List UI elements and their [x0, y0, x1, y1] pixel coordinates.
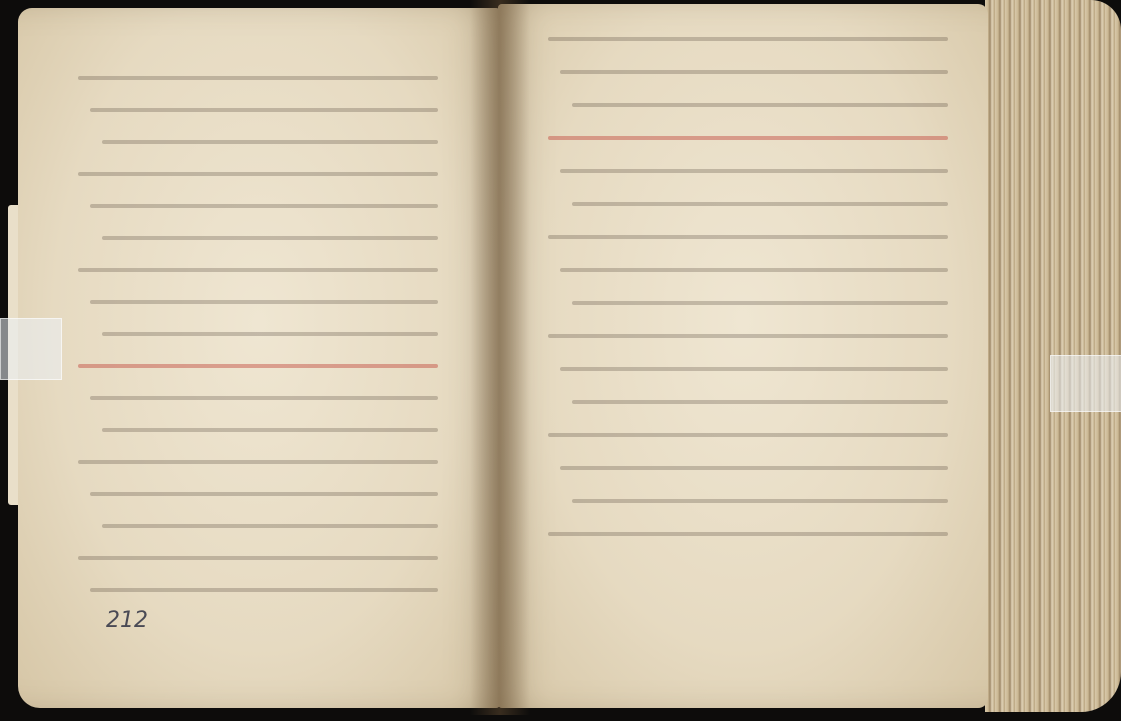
manuscript-line — [548, 24, 948, 54]
manuscript-line — [78, 543, 438, 573]
right-page — [498, 4, 988, 708]
manuscript-line — [78, 63, 438, 93]
manuscript-line — [78, 575, 438, 605]
manuscript-line — [78, 319, 438, 349]
manuscript-line — [548, 222, 948, 252]
manuscript-line — [548, 288, 948, 318]
manuscript-line — [548, 420, 948, 450]
manuscript-line — [548, 123, 948, 153]
right-plastic-clip — [1050, 355, 1121, 412]
manuscript-line — [548, 486, 948, 516]
manuscript-photo: 212 — [0, 0, 1121, 721]
manuscript-line — [548, 354, 948, 384]
manuscript-line — [78, 479, 438, 509]
manuscript-line — [548, 321, 948, 351]
left-page: 212 — [18, 8, 500, 708]
folio-number: 212 — [106, 608, 148, 633]
manuscript-line — [548, 189, 948, 219]
manuscript-line — [78, 95, 438, 125]
manuscript-line — [78, 383, 438, 413]
manuscript-line — [548, 453, 948, 483]
manuscript-line — [78, 127, 438, 157]
manuscript-line — [78, 351, 438, 381]
manuscript-line — [548, 387, 948, 417]
manuscript-line — [78, 223, 438, 253]
manuscript-line — [78, 511, 438, 541]
manuscript-line — [78, 159, 438, 189]
manuscript-line — [548, 519, 948, 549]
manuscript-line — [548, 156, 948, 186]
manuscript-line — [78, 255, 438, 285]
manuscript-line — [548, 90, 948, 120]
book-gutter — [470, 0, 530, 715]
manuscript-line — [548, 57, 948, 87]
manuscript-line — [78, 447, 438, 477]
manuscript-line — [548, 255, 948, 285]
manuscript-line — [78, 191, 438, 221]
manuscript-line — [78, 415, 438, 445]
manuscript-line — [78, 287, 438, 317]
left-plastic-clip — [0, 318, 62, 380]
